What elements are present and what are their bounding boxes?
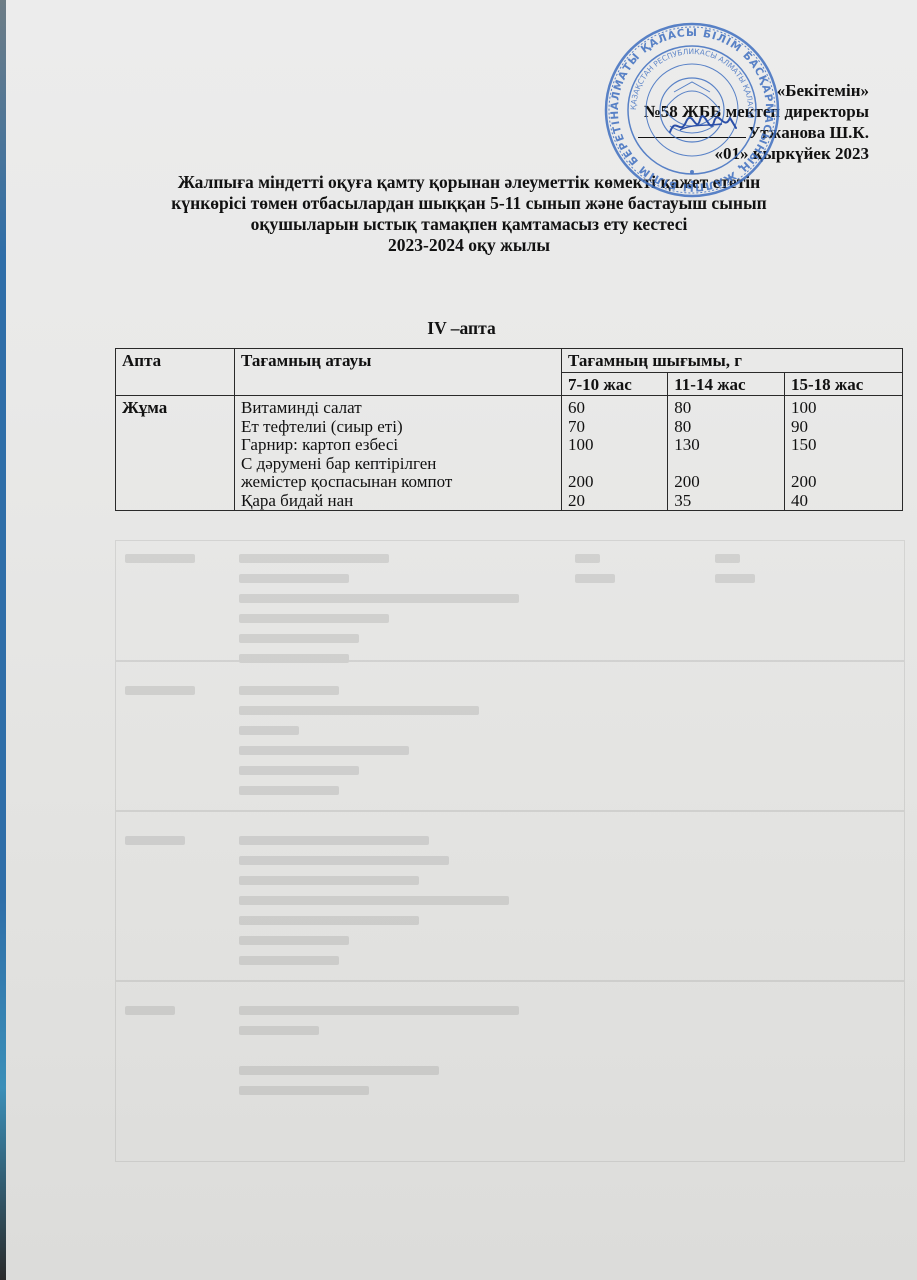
header-dish-name: Тағамның атауы — [235, 349, 562, 396]
yield-value: 200 — [568, 473, 661, 492]
table-row: Жұма Витаминді салат Ет тефтелиі (сиыр е… — [116, 396, 903, 511]
dish-item: Гарнир: картоп езбесі — [241, 436, 555, 455]
show-through-ghost — [115, 540, 905, 1220]
yield-value: 100 — [568, 436, 661, 455]
yield-11-14-cell: 80 80 130 200 35 — [668, 396, 785, 511]
title-line: күнкөрісі төмен отбасылардан шыққан 5-11… — [156, 193, 782, 214]
approval-heading: «Бекітемін» — [638, 80, 869, 101]
yield-15-18-cell: 100 90 150 200 40 — [784, 396, 902, 511]
day-cell: Жұма — [116, 396, 235, 511]
document-page: АЛМАТЫ ҚАЛАСЫ БІЛІМ БАСҚАРМАСЫНЫҢ ЖАЛПЫ … — [6, 0, 917, 1280]
header-age-7-10: 7-10 жас — [562, 372, 668, 396]
yield-value: 200 — [791, 473, 896, 492]
dish-item: Ет тефтелиі (сиыр еті) — [241, 418, 555, 437]
signature-icon — [666, 110, 746, 142]
approval-name: Утжанова Ш.К. — [748, 123, 869, 142]
yield-value: 35 — [674, 492, 778, 511]
yield-value: 80 — [674, 399, 778, 418]
yield-value: 100 — [791, 399, 896, 418]
document-title: Жалпыға міндетті оқуға қамту қорынан әле… — [156, 172, 782, 256]
dish-item: С дәрумені бар кептірілген — [241, 455, 555, 474]
dish-item: жемістер қоспасынан компот — [241, 473, 555, 492]
yield-value: 200 — [674, 473, 778, 492]
yield-value: 70 — [568, 418, 661, 437]
approval-date: «01» қыркүйек 2023 — [638, 143, 869, 164]
title-line: оқушыларын ыстық тамақпен қамтамасыз ету… — [156, 214, 782, 235]
header-week: Апта — [116, 349, 235, 396]
table-header-row: Апта Тағамның атауы Тағамның шығымы, г — [116, 349, 903, 373]
yield-value: 150 — [791, 436, 896, 455]
dishes-cell: Витаминді салат Ет тефтелиі (сиыр еті) Г… — [235, 396, 562, 511]
title-line: Жалпыға міндетті оқуға қамту қорынан әле… — [156, 172, 782, 193]
yield-value: 80 — [674, 418, 778, 437]
week-label: IV –апта — [6, 318, 917, 339]
yield-value — [568, 455, 661, 474]
yield-value: 40 — [791, 492, 896, 511]
yield-value: 60 — [568, 399, 661, 418]
header-yield: Тағамның шығымы, г — [562, 349, 903, 373]
yield-7-10-cell: 60 70 100 200 20 — [562, 396, 668, 511]
yield-value — [791, 455, 896, 474]
menu-table: Апта Тағамның атауы Тағамның шығымы, г 7… — [115, 348, 903, 511]
dish-item: Витаминді салат — [241, 399, 555, 418]
yield-value — [674, 455, 778, 474]
header-age-11-14: 11-14 жас — [668, 372, 785, 396]
dish-item: Қара бидай нан — [241, 492, 555, 511]
yield-value: 130 — [674, 436, 778, 455]
yield-value: 90 — [791, 418, 896, 437]
header-age-15-18: 15-18 жас — [784, 372, 902, 396]
yield-value: 20 — [568, 492, 661, 511]
title-year: 2023-2024 оқу жылы — [156, 235, 782, 256]
